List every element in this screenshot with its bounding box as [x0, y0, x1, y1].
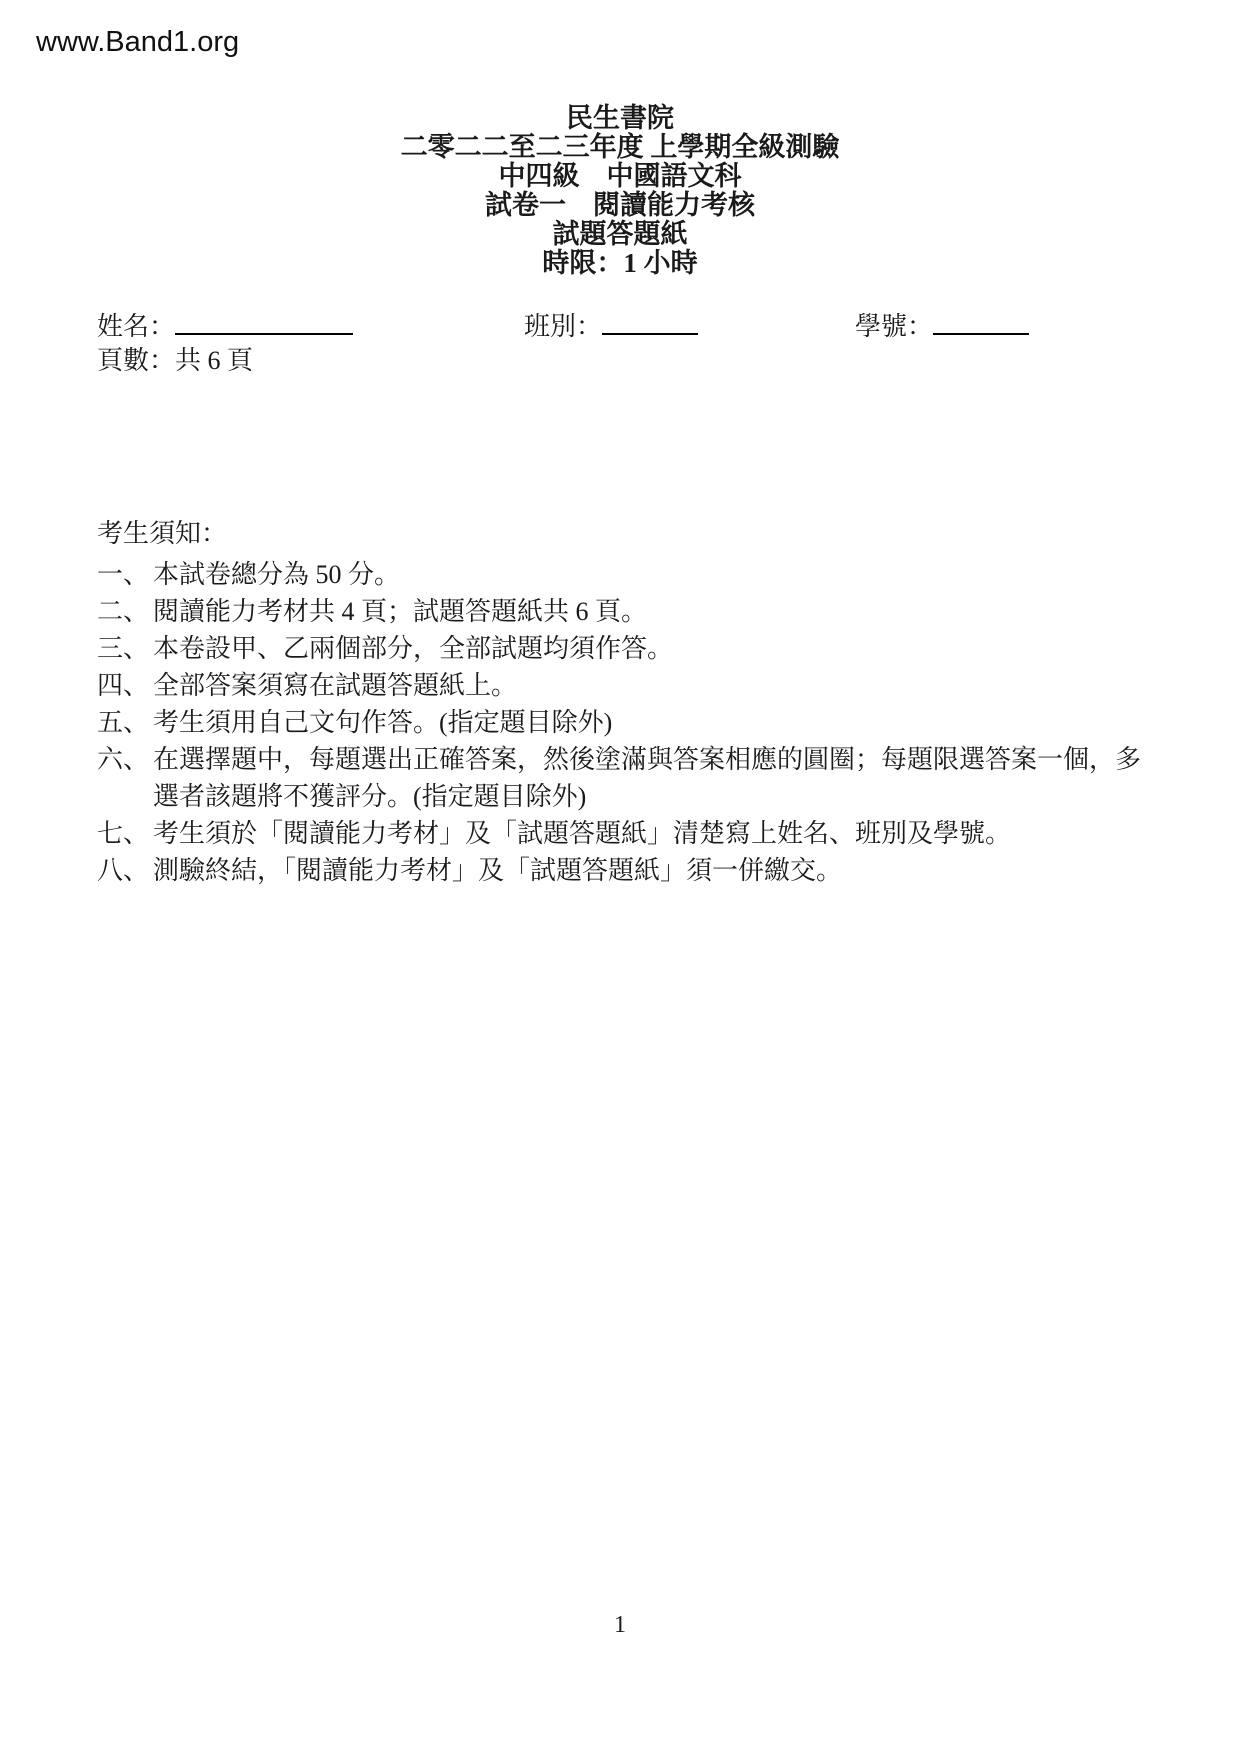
instruction-item: 三、 本卷設甲、乙兩個部分，全部試題均須作答。 [97, 630, 1149, 667]
instruction-text: 考生須用自己文句作答。(指定題目除外) [153, 704, 1149, 741]
exam-cover-page: www.Band1.org 民生書院 二零二二至二三年度 上學期全級測驗 中四級… [0, 0, 1240, 1754]
total-pages-line: 頁數：共 6 頁 [97, 340, 253, 377]
class-label: 班別： [524, 312, 602, 341]
instruction-number: 一、 [97, 556, 153, 593]
student-no-blank-line [933, 309, 1029, 335]
sheet-type-line: 試題答題紙 [0, 220, 1240, 249]
grade-subject-line: 中四級 中國語文科 [0, 162, 1240, 191]
page-number: 1 [0, 1612, 1240, 1639]
class-field: 班別： [524, 306, 698, 343]
instructions-list: 一、 本試卷總分為 50 分。 二、 閱讀能力考材共 4 頁；試題答題紙共 6 … [97, 556, 1149, 889]
name-blank-line [175, 309, 353, 335]
name-label: 姓名： [97, 312, 175, 341]
exam-session-title: 二零二二至二三年度 上學期全級測驗 [0, 133, 1240, 162]
instruction-number: 二、 [97, 593, 153, 630]
instruction-number: 四、 [97, 667, 153, 704]
time-limit-line: 時限：1 小時 [0, 249, 1240, 278]
instruction-item: 四、 全部答案須寫在試題答題紙上。 [97, 667, 1149, 704]
instruction-text: 測驗終結，「閱讀能力考材」及「試題答題紙」須一併繳交。 [153, 852, 1149, 889]
class-blank-line [602, 309, 698, 335]
instruction-number: 三、 [97, 630, 153, 667]
instructions-heading: 考生須知： [97, 515, 1149, 552]
instruction-item: 五、 考生須用自己文句作答。(指定題目除外) [97, 704, 1149, 741]
instruction-number: 六、 [97, 741, 153, 778]
title-block: 民生書院 二零二二至二三年度 上學期全級測驗 中四級 中國語文科 試卷一 閱讀能… [0, 104, 1240, 278]
instruction-item: 八、 測驗終結，「閱讀能力考材」及「試題答題紙」須一併繳交。 [97, 852, 1149, 889]
candidate-instructions: 考生須知： 一、 本試卷總分為 50 分。 二、 閱讀能力考材共 4 頁；試題答… [97, 515, 1149, 889]
school-name: 民生書院 [0, 104, 1240, 133]
watermark-text: www.Band1.org [36, 26, 239, 59]
student-no-label: 學號： [855, 312, 933, 341]
instruction-text: 本卷設甲、乙兩個部分，全部試題均須作答。 [153, 630, 1149, 667]
instruction-text: 在選擇題中，每題選出正確答案，然後塗滿與答案相應的圓圈；每題限選答案一個，多選者… [153, 741, 1149, 815]
instruction-item: 二、 閱讀能力考材共 4 頁；試題答題紙共 6 頁。 [97, 593, 1149, 630]
instruction-number: 八、 [97, 852, 153, 889]
instruction-number: 七、 [97, 815, 153, 852]
instruction-text: 本試卷總分為 50 分。 [153, 556, 1149, 593]
instruction-item: 七、 考生須於「閱讀能力考材」及「試題答題紙」清楚寫上姓名、班別及學號。 [97, 815, 1149, 852]
instruction-text: 考生須於「閱讀能力考材」及「試題答題紙」清楚寫上姓名、班別及學號。 [153, 815, 1149, 852]
instruction-item: 六、 在選擇題中，每題選出正確答案，然後塗滿與答案相應的圓圈；每題限選答案一個，… [97, 741, 1149, 815]
instruction-number: 五、 [97, 704, 153, 741]
instruction-item: 一、 本試卷總分為 50 分。 [97, 556, 1149, 593]
instruction-text: 閱讀能力考材共 4 頁；試題答題紙共 6 頁。 [153, 593, 1149, 630]
instruction-text: 全部答案須寫在試題答題紙上。 [153, 667, 1149, 704]
name-field: 姓名： [97, 306, 353, 343]
paper-title-line: 試卷一 閱讀能力考核 [0, 191, 1240, 220]
student-no-field: 學號： [855, 306, 1029, 343]
